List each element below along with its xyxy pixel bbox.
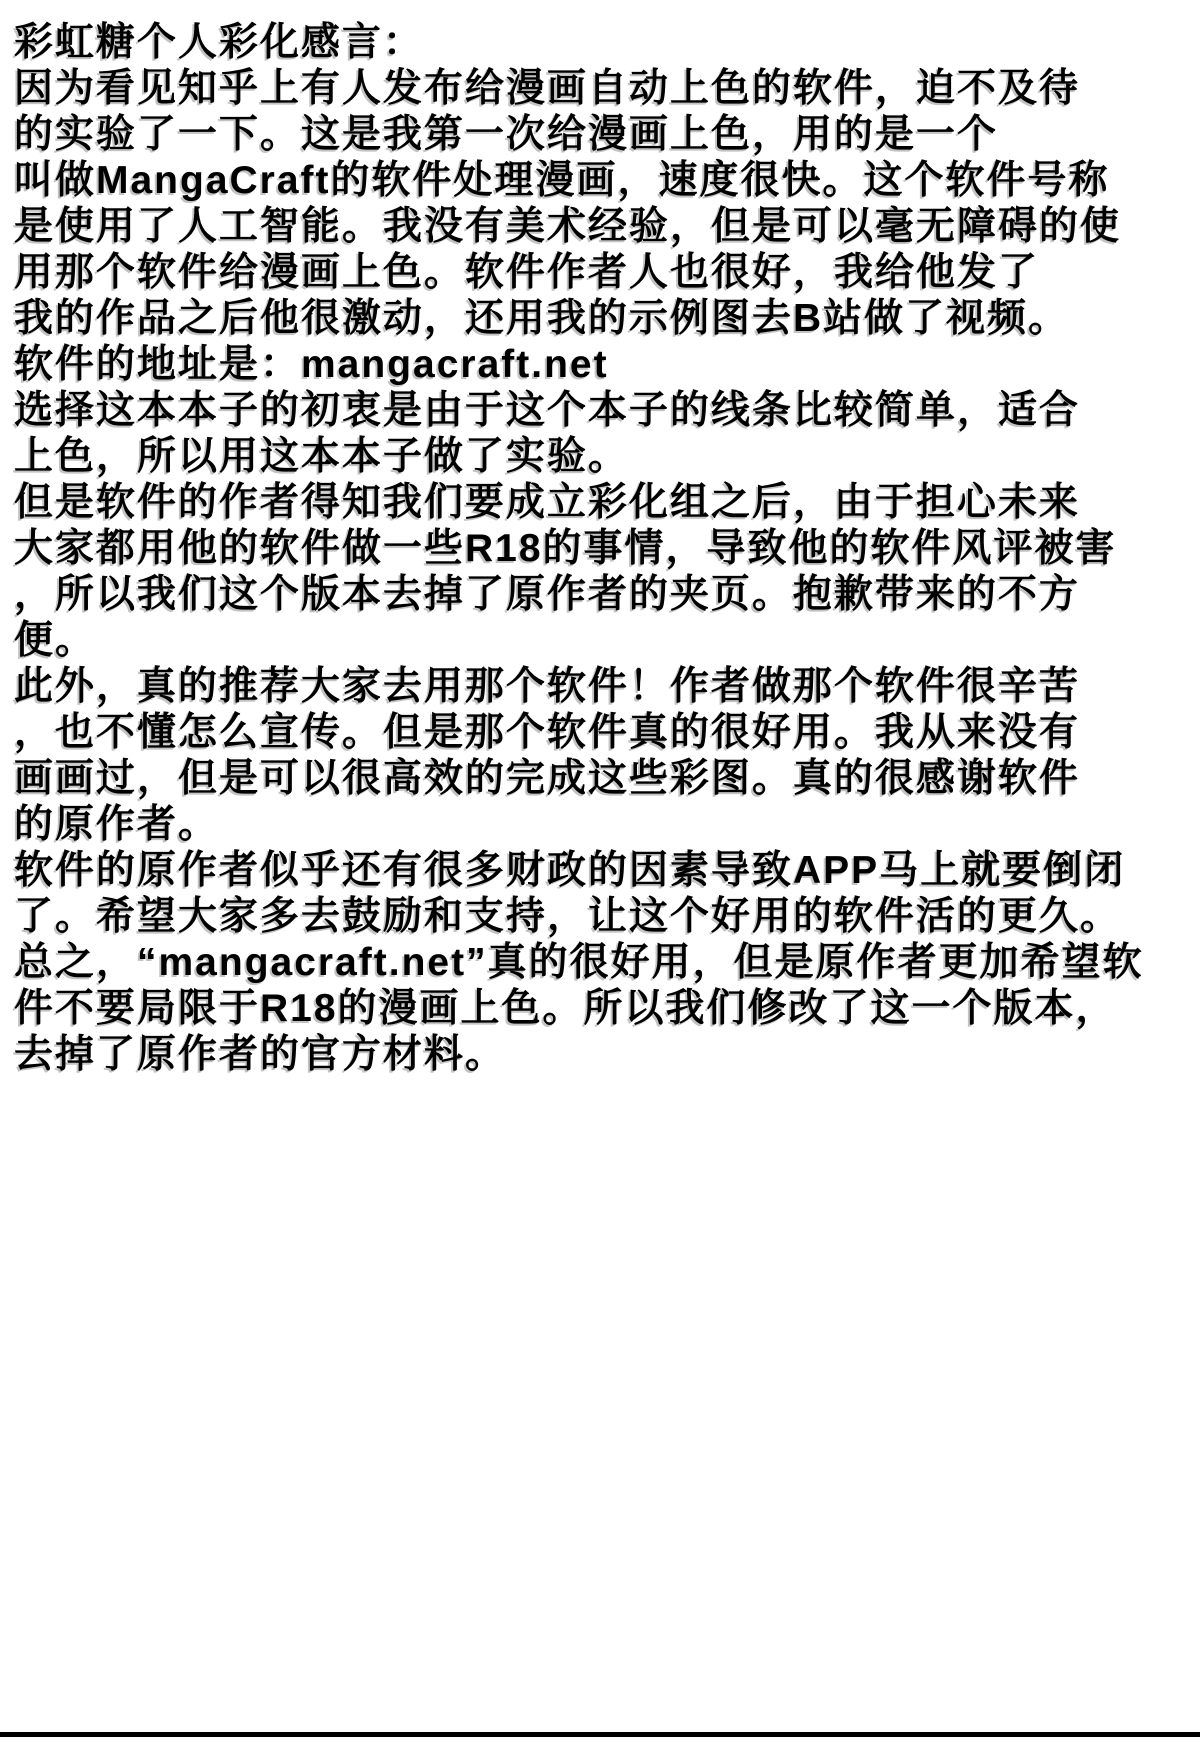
text-line-11: 大家都用他的软件做一些R18的事情，导致他的软件风评被害	[14, 526, 1200, 572]
text-line-18: 软件的原作者似乎还有很多财政的因素导致APP马上就要倒闭	[14, 848, 1200, 894]
text-line-22: 去掉了原作者的官方材料。	[14, 1032, 1200, 1078]
text-line-4: 是使用了人工智能。我没有美术经验，但是可以毫无障碍的使	[14, 204, 1200, 250]
credits-page: 彩虹糖个人彩化感言：因为看见知乎上有人发布给漫画自动上色的软件，迫不及待的实验了…	[0, 0, 1200, 1737]
text-line-15: ，也不懂怎么宣传。但是那个软件真的很好用。我从来没有	[14, 710, 1200, 756]
text-line-3: 叫做MangaCraft的软件处理漫画，速度很快。这个软件号称	[14, 158, 1200, 204]
text-line-6: 我的作品之后他很激动，还用我的示例图去B站做了视频。	[14, 296, 1200, 342]
text-line-1: 因为看见知乎上有人发布给漫画自动上色的软件，迫不及待	[14, 66, 1200, 112]
text-line-14: 此外，真的推荐大家去用那个软件！作者做那个软件很辛苦	[14, 664, 1200, 710]
text-line-5: 用那个软件给漫画上色。软件作者人也很好，我给他发了	[14, 250, 1200, 296]
page-bottom-trim-bar	[0, 1732, 1200, 1737]
text-line-19: 了。希望大家多去鼓励和支持，让这个好用的软件活的更久。	[14, 894, 1200, 940]
text-line-12: ，所以我们这个版本去掉了原作者的夹页。抱歉带来的不方	[14, 572, 1200, 618]
text-line-20: 总之，“mangacraft.net”真的很好用，但是原作者更加希望软	[14, 940, 1200, 986]
text-line-9: 上色，所以用这本本子做了实验。	[14, 434, 1200, 480]
page-title: 彩虹糖个人彩化感言：	[14, 20, 1200, 66]
text-line-7: 软件的地址是：mangacraft.net	[14, 342, 1200, 388]
text-line-8: 选择这本本子的初衷是由于这个本子的线条比较简单，适合	[14, 388, 1200, 434]
text-line-16: 画画过，但是可以很高效的完成这些彩图。真的很感谢软件	[14, 756, 1200, 802]
colorist-notes-text-block: 彩虹糖个人彩化感言：因为看见知乎上有人发布给漫画自动上色的软件，迫不及待的实验了…	[14, 20, 1200, 1078]
text-line-13: 便。	[14, 618, 1200, 664]
text-line-2: 的实验了一下。这是我第一次给漫画上色，用的是一个	[14, 112, 1200, 158]
text-line-21: 件不要局限于R18的漫画上色。所以我们修改了这一个版本，	[14, 986, 1200, 1032]
text-line-17: 的原作者。	[14, 802, 1200, 848]
text-line-10: 但是软件的作者得知我们要成立彩化组之后，由于担心未来	[14, 480, 1200, 526]
